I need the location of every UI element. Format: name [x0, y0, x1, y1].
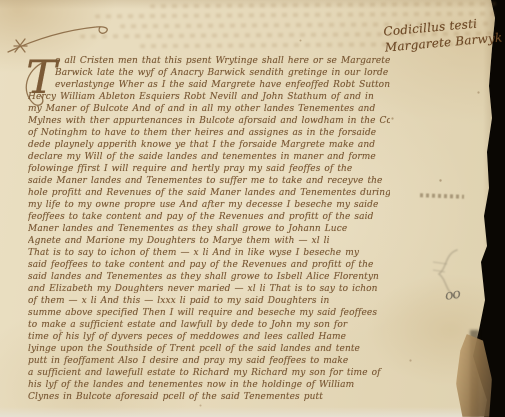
text-line: my Maner of Bulcote And of and in all my… [28, 103, 390, 115]
text-line: said landes and Tenementes as they shall… [28, 271, 390, 283]
text-line: Barwick late the wyf of Anacry Barwick s… [55, 67, 390, 79]
text-line: his lyf of the landes and tenementes now… [28, 379, 390, 391]
text-line: Agnete and Marione my Doughters to Marye… [28, 235, 390, 247]
text-line: folowinge ffirst I will require and hert… [28, 163, 390, 175]
text-line: putt in feoffament Also I desire and pra… [28, 355, 390, 367]
text-line: saide Maner landes and Tenementes to suf… [28, 175, 390, 187]
text-line: of them — x li And this — lxxx li paid t… [28, 295, 390, 307]
text-line: to make a sufficient estate and lawfull … [28, 319, 390, 331]
foxing-specks [0, 0, 1, 1]
text-line: summe above specified Then I will requir… [28, 307, 390, 319]
text-line: Clynes in Bulcote aforesaid pcell of the… [28, 391, 390, 403]
text-line: of Notinghm to have to them ther heires … [28, 127, 390, 139]
photograph-of-manuscript: T o all Cristen men that this psent Wryt… [0, 0, 505, 417]
text-line: lyinge upon the Southside of Trent pcell… [28, 343, 390, 355]
manuscript-body: o all Cristen men that this psent Wrytin… [28, 55, 390, 403]
text-line: and Elizabeth my Doughters never maried … [28, 283, 390, 295]
text-line: declare my Will of the saide landes and … [28, 151, 390, 163]
text-line: That is to say to ichon of them — x li A… [28, 247, 390, 259]
text-line: my life to my owne propre use And after … [28, 199, 390, 211]
text-line: dede playnely apperith knowe ye that I t… [28, 139, 390, 151]
text-line: Maner landes and Tenementes as they shal… [28, 223, 390, 235]
text-line: Hercy William Ableton Esquiers Robt Nevi… [28, 91, 390, 103]
pen-doodle-mark: oo [444, 286, 461, 304]
text-line: feoffees to take content and pay of the … [28, 211, 390, 223]
text-line: time of his lyf of dyvers peces of meddo… [28, 331, 390, 343]
text-line: everlastynge Wher as I the said Margrete… [55, 79, 390, 91]
text-line: a sufficient and lawefull estate to Rich… [28, 367, 390, 379]
text-line: o all Cristen men that this psent Wrytin… [55, 55, 390, 67]
text-line: hole profitt and Revenues of the said Ma… [28, 187, 390, 199]
text-line: said feoffees to take content and pay of… [28, 259, 390, 271]
text-line: Mylnes with ther appurtenances in Bulcot… [28, 115, 390, 127]
